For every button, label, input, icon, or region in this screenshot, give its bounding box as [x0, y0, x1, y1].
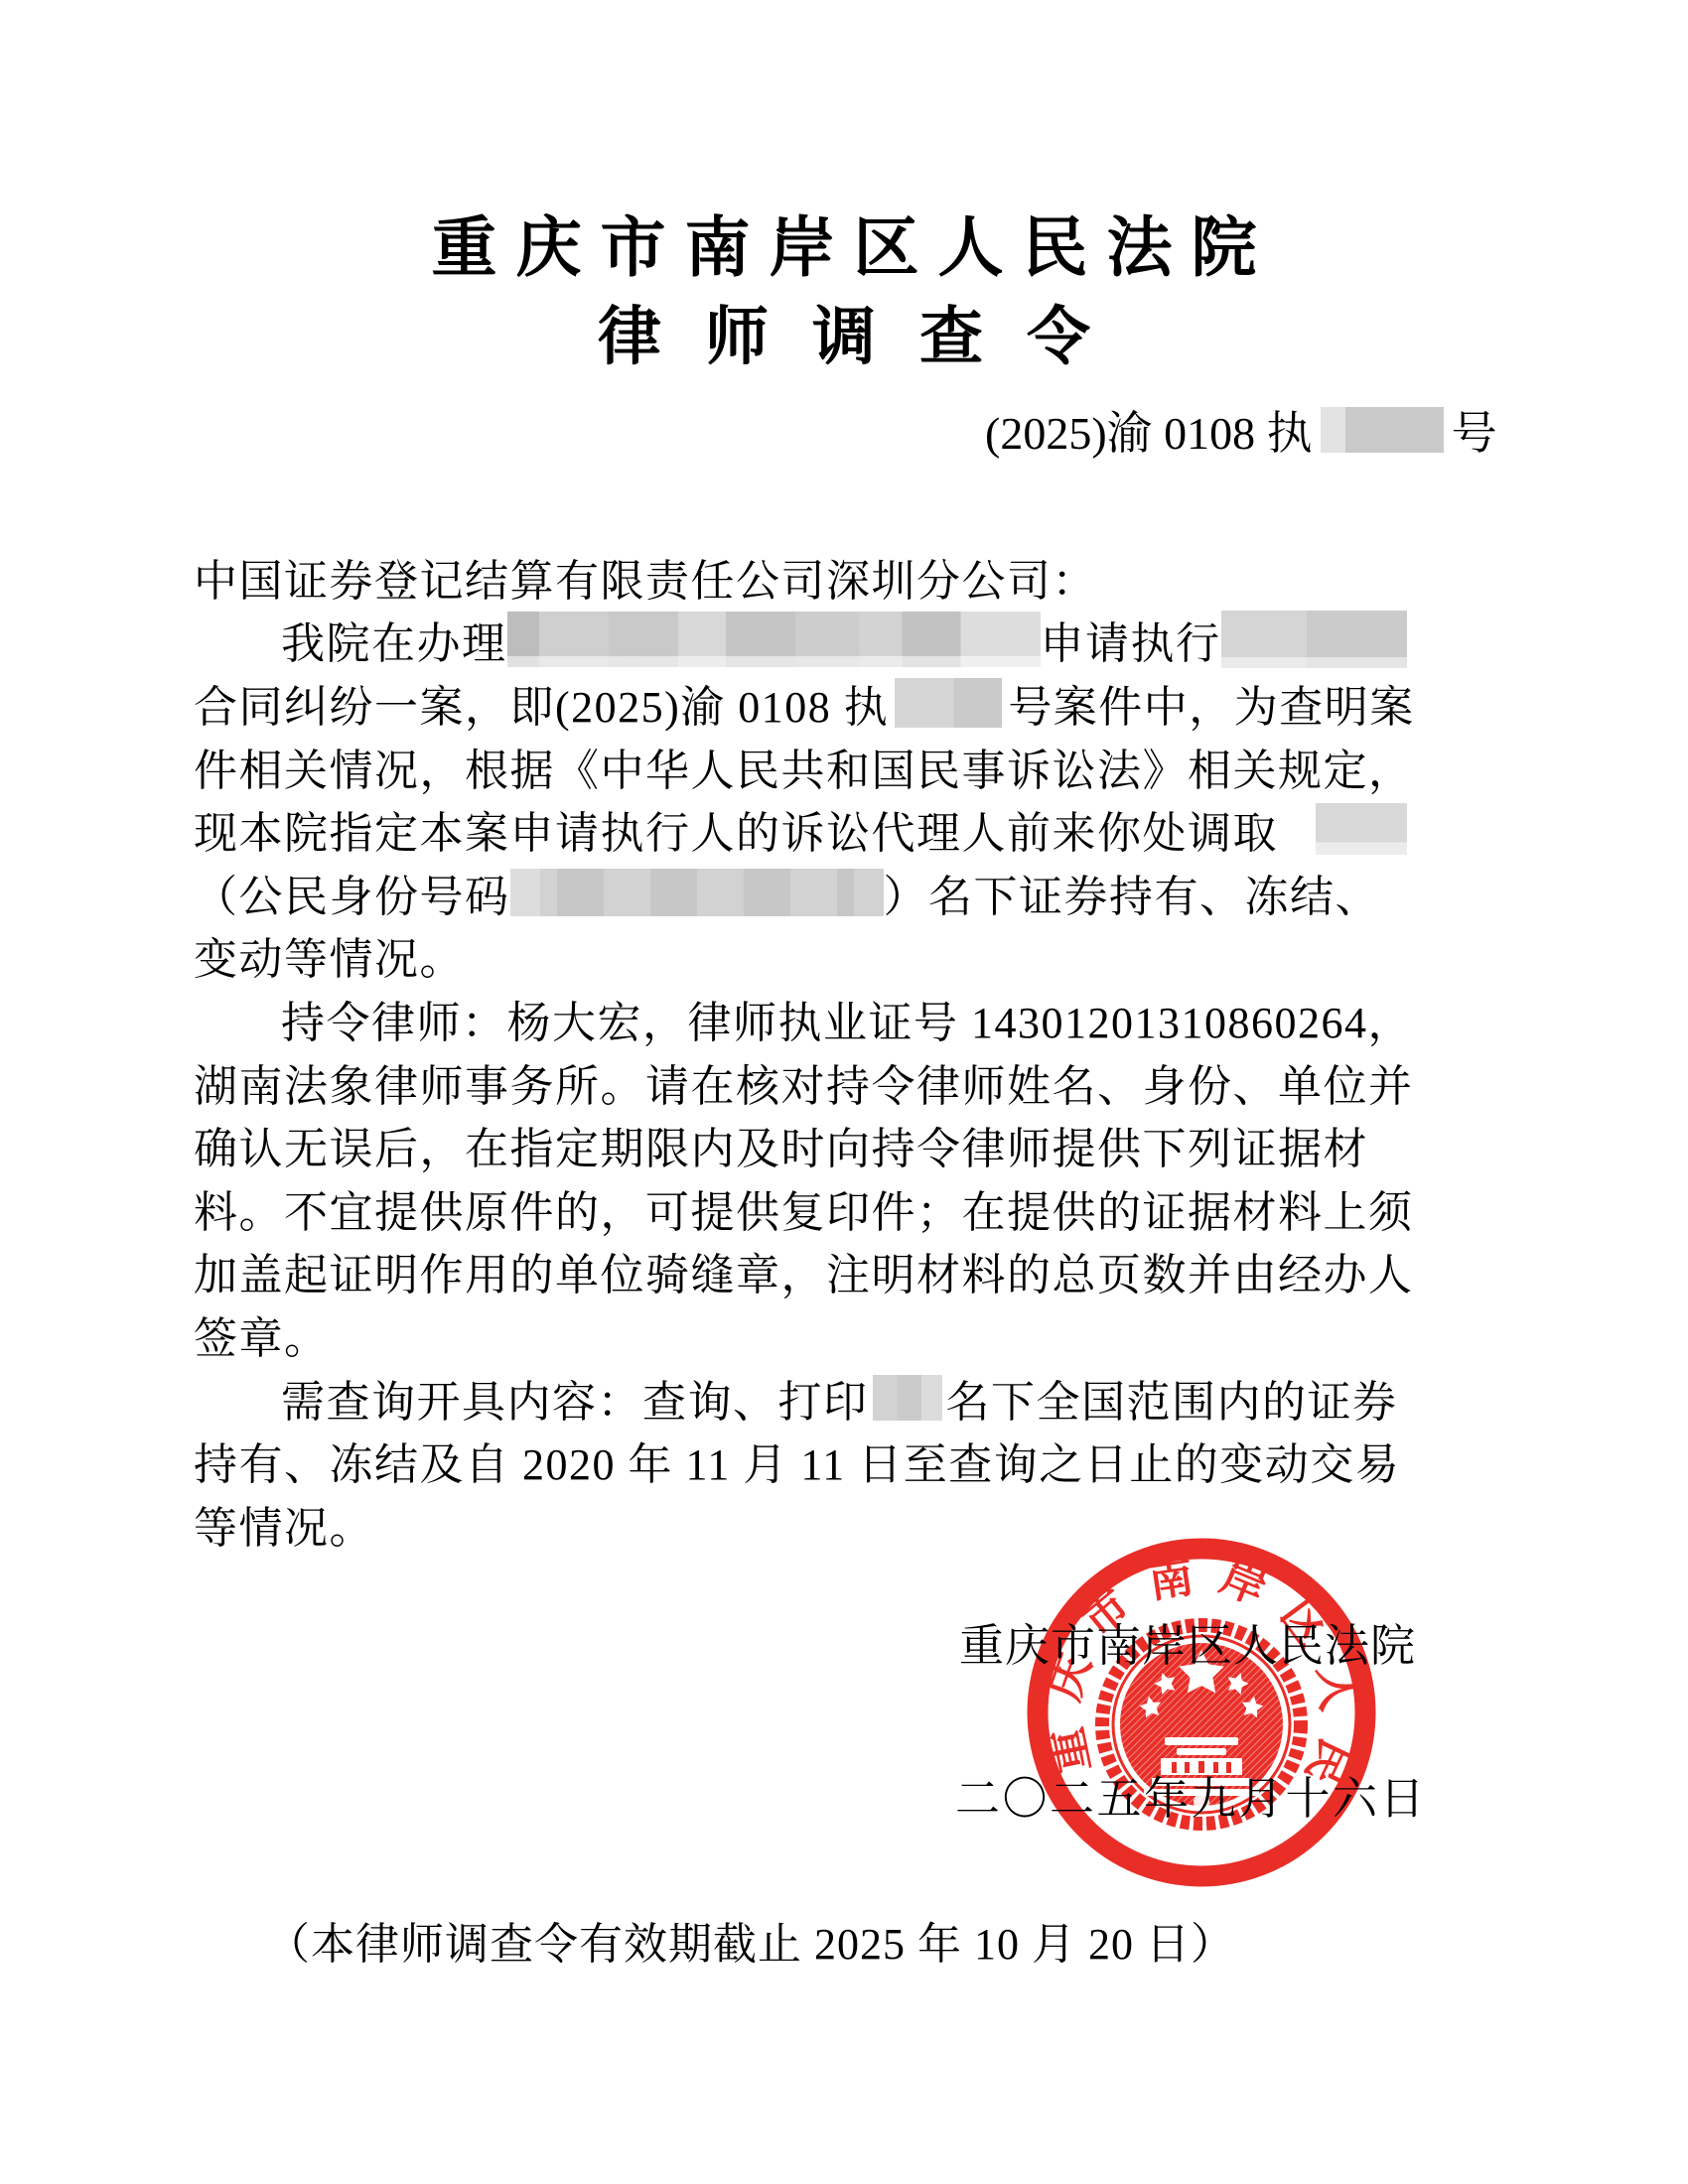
document-page: 重庆市南岸区人民法院 律师调查令 (2025)渝 0108 执 号 中国证券登记… — [0, 0, 1688, 2184]
document-type-title: 律师调查令 — [0, 286, 1688, 377]
p1-l1-text: 我院在办理 — [281, 608, 507, 671]
paragraph2-line4: 料。不宜提供原件的，可提供复印件；在提供的证据材料上须 — [194, 1176, 1407, 1240]
seal-emblem-gear — [1194, 1794, 1209, 1810]
p1-l5-text: （公民身份号码 — [194, 861, 510, 924]
p2-l2-text: 湖南法象律师事务所。请在核对持令律师姓名、身份、单位并 — [194, 1050, 1414, 1114]
paragraph2-line2: 湖南法象律师事务所。请在核对持令律师姓名、身份、单位并 — [194, 1050, 1407, 1114]
case-number: (2025)渝 0108 执 号 — [985, 397, 1497, 463]
paragraph2-line3: 确认无误后，在指定期限内及时向持令律师提供下列证据材 — [194, 1113, 1407, 1176]
redaction-case-id — [1321, 407, 1444, 453]
paragraph1-line5: （公民身份号码）名下证券持有、冻结、 — [194, 861, 1407, 924]
paragraph1-line6: 变动等情况。 — [194, 924, 1407, 988]
p2-l5-text: 加盖起证明作用的单位骑缝章，注明材料的总页数并由经办人 — [194, 1239, 1414, 1302]
p2-l1-text: 持令律师：杨大宏，律师执业证号 14301201310860264， — [281, 987, 1413, 1050]
redaction-case-id-2 — [895, 678, 1002, 728]
p2-l4-text: 料。不宜提供原件的，可提供复印件；在提供的证据材料上须 — [194, 1176, 1414, 1240]
paragraph3-line1: 需查询开具内容：查询、打印名下全国范围内的证券 — [194, 1366, 1407, 1430]
validity-footer: （本律师调查令有效期截止 2025 年 10 月 20 日） — [266, 1908, 1235, 1972]
paragraph1-line2: 合同纠纷一案，即(2025)渝 0108 执号案件中，为查明案 — [194, 671, 1407, 735]
redaction-id-number — [510, 869, 884, 916]
p1-l5-text2: ）名下证券持有、冻结、 — [884, 861, 1381, 924]
addressee-line: 中国证券登记结算有限责任公司深圳分公司： — [194, 545, 1407, 609]
paragraph1-line1: 我院在办理申请执行 — [194, 609, 1407, 672]
p3-l3-text: 等情况。 — [194, 1492, 374, 1556]
paragraph1-line3: 件相关情况，根据《中华人民共和国民事诉讼法》相关规定， — [194, 735, 1407, 798]
redaction-subject-name-2 — [873, 1375, 942, 1421]
p1-l2-text2: 号案件中，为查明案 — [1008, 671, 1415, 735]
p3-l2-text: 持有、冻结及自 2020 年 11 月 11 日至查询之日止的变动交易 — [194, 1429, 1400, 1492]
p1-l3-text: 件相关情况，根据《中华人民共和国民事诉讼法》相关规定， — [194, 735, 1414, 798]
p1-l6-text: 变动等情况。 — [194, 923, 465, 987]
p2-l6-text: 签章。 — [194, 1302, 330, 1366]
case-number-prefix: (2025)渝 0108 执 — [985, 397, 1313, 463]
paragraph1-line4: 现本院指定本案申请执行人的诉讼代理人前来你处调取 — [194, 797, 1407, 861]
paragraph3-line2: 持有、冻结及自 2020 年 11 月 11 日至查询之日止的变动交易 — [194, 1429, 1407, 1492]
document-body: 中国证券登记结算有限责任公司深圳分公司： 我院在办理申请执行 合同纠纷一案，即(… — [194, 545, 1407, 1556]
p1-l4-text: 现本院指定本案申请执行人的诉讼代理人前来你处调取 — [194, 797, 1278, 861]
paragraph2-line6: 签章。 — [194, 1302, 1407, 1366]
case-number-suffix: 号 — [1452, 397, 1497, 463]
paragraph2-line5: 加盖起证明作用的单位骑缝章，注明材料的总页数并由经办人 — [194, 1240, 1407, 1303]
addressee-text: 中国证券登记结算有限责任公司深圳分公司： — [194, 545, 1097, 609]
p3-l1-text: 需查询开具内容：查询、打印 — [281, 1366, 869, 1430]
court-seal: 重庆市南岸区人民法院 — [1023, 1534, 1380, 1891]
redaction-applicant-name — [507, 612, 1041, 667]
court-name-title: 重庆市南岸区人民法院 — [0, 195, 1688, 289]
p3-l1-text2: 名下全国范围内的证券 — [946, 1366, 1398, 1430]
paragraph2-line1: 持令律师：杨大宏，律师执业证号 14301201310860264， — [194, 987, 1407, 1050]
p1-l1-text2: 申请执行 — [1041, 608, 1221, 671]
p2-l3-text: 确认无误后，在指定期限内及时向持令律师提供下列证据材 — [194, 1113, 1368, 1176]
p1-l2-text: 合同纠纷一案，即(2025)渝 0108 执 — [194, 671, 889, 735]
redaction-subject-name — [1316, 803, 1407, 855]
redaction-respondent-name — [1221, 611, 1408, 668]
